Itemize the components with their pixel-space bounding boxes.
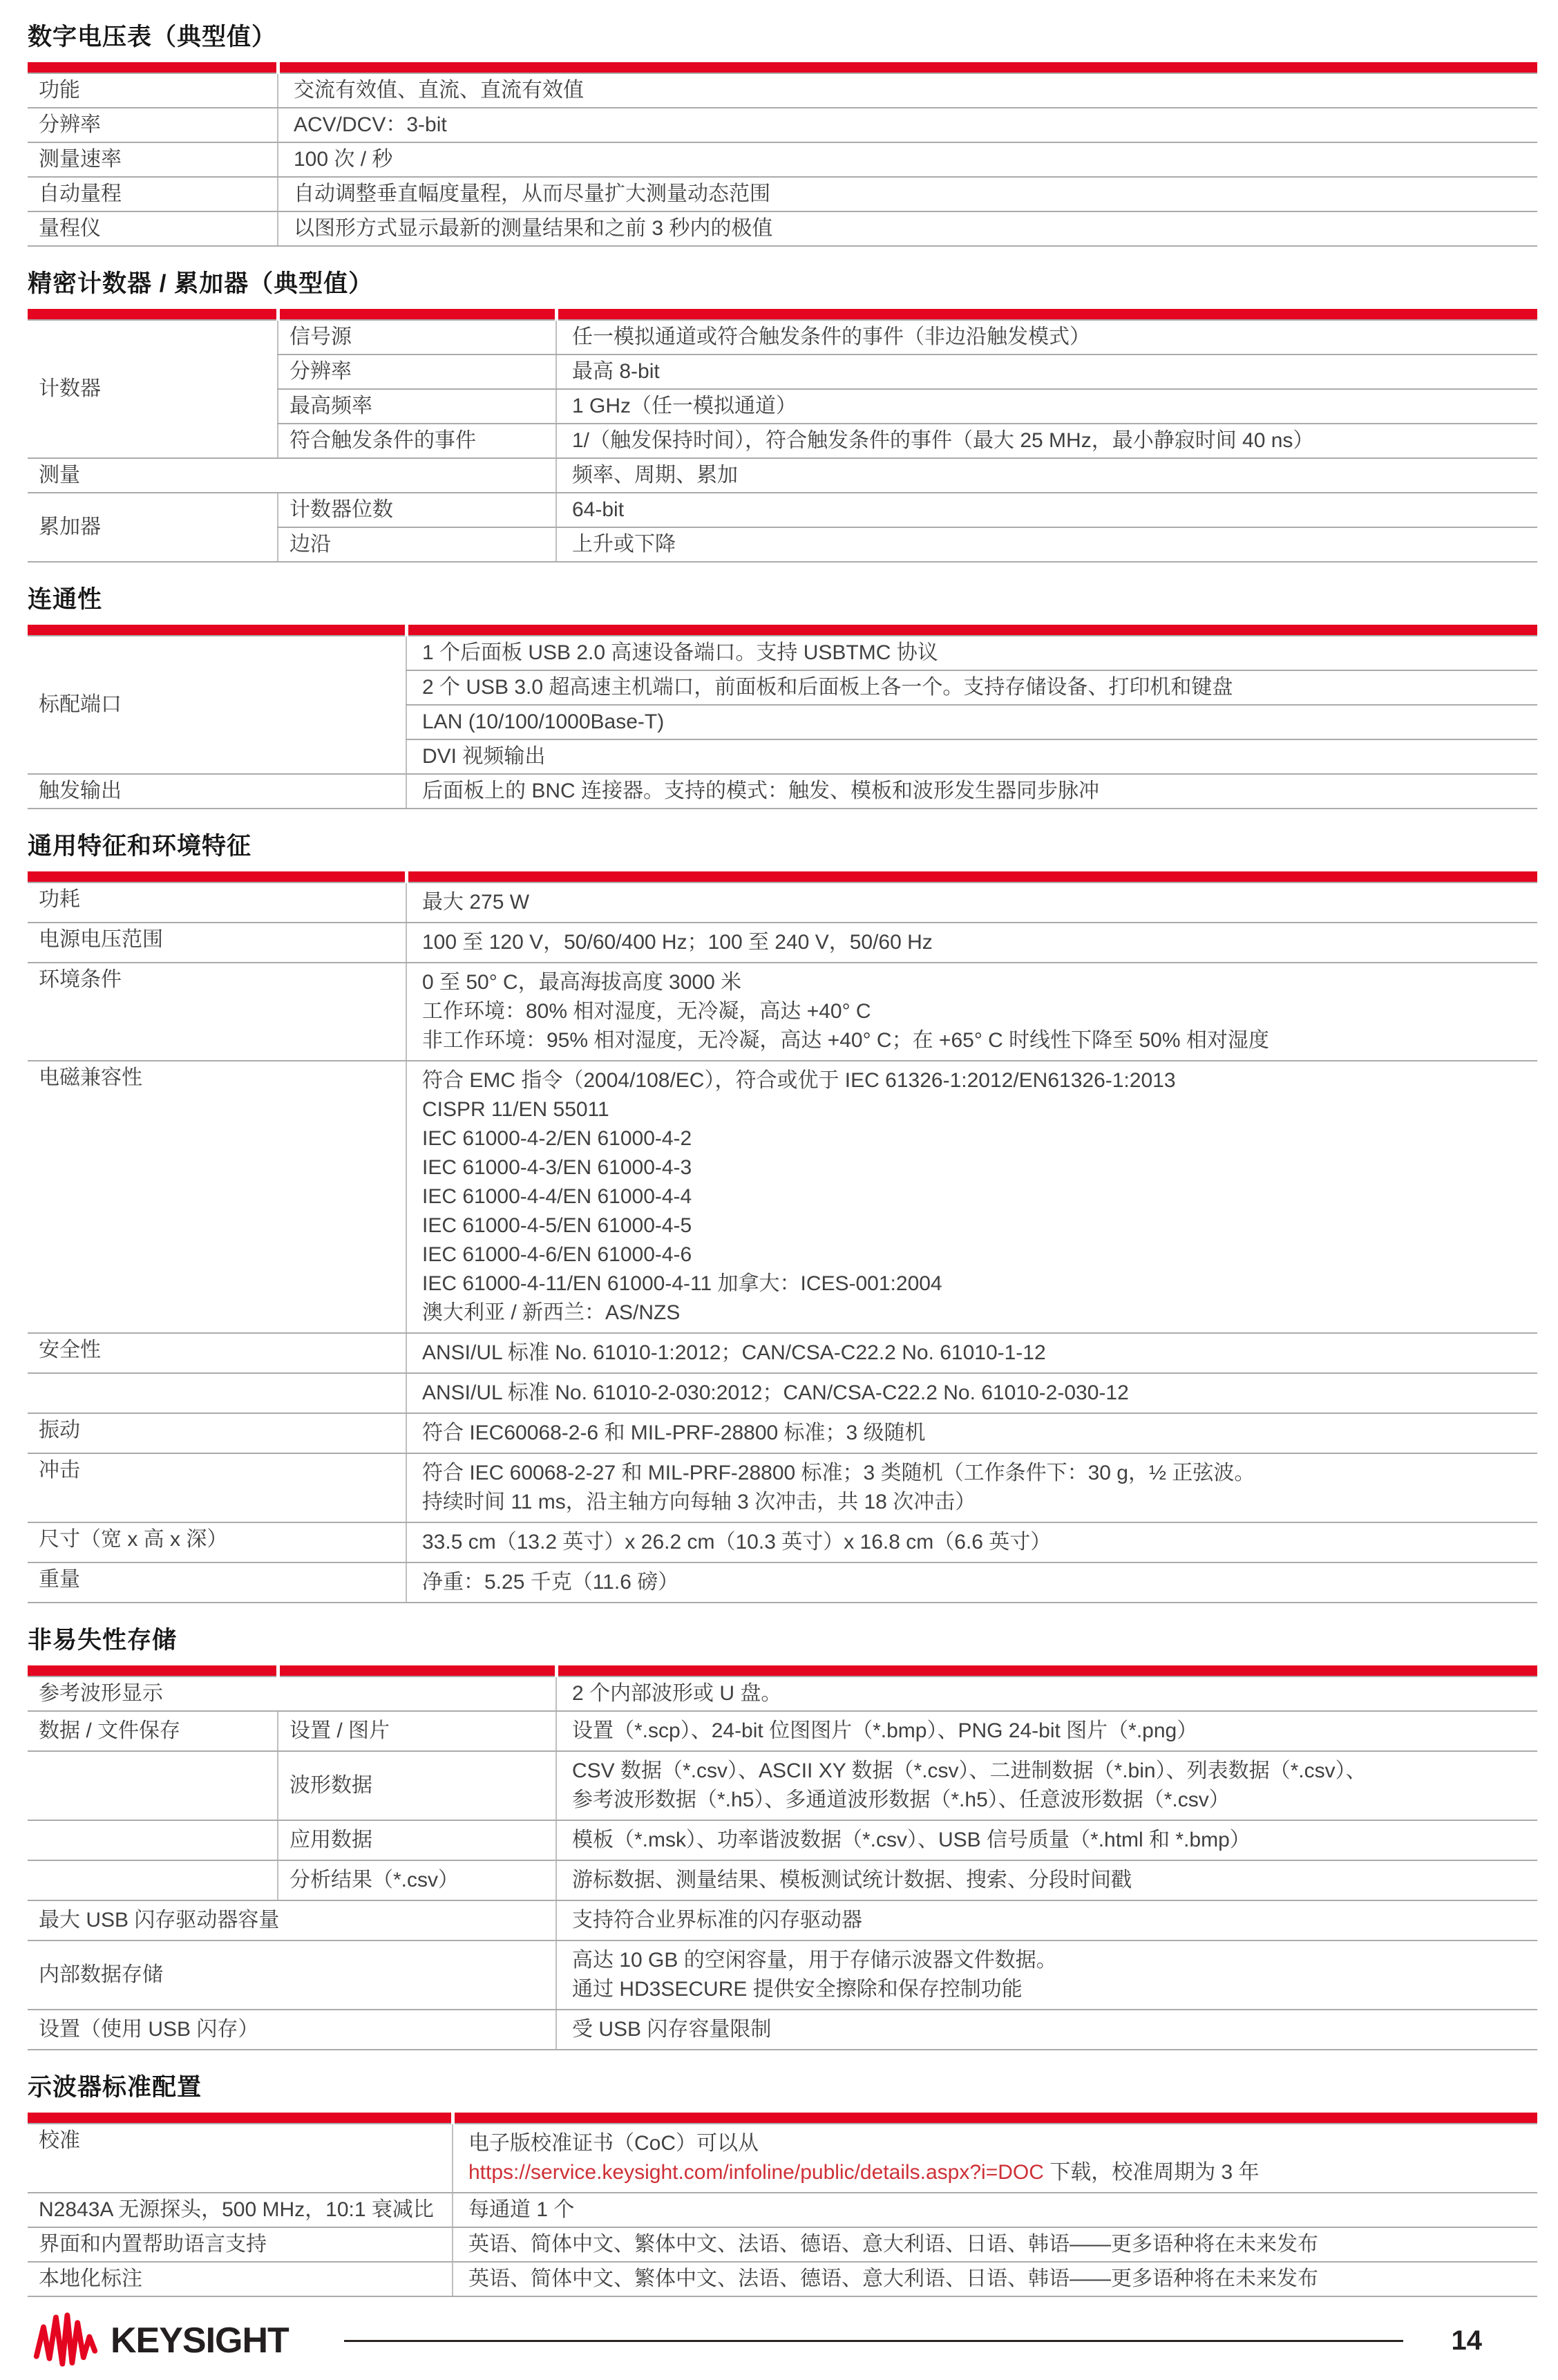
spec-line: 工作环境：80% 相对湿度，无冷凝，高达 +40° C xyxy=(422,999,1526,1025)
row-group-label: 数据 / 文件保存 xyxy=(28,1711,278,1751)
spec-line: IEC 61000-4-5/EN 61000-4-5 xyxy=(422,1213,1526,1239)
row-value: 2 个 USB 3.0 超高速主机端口，前面板和后面板上各一个。支持存储设备、打… xyxy=(406,670,1537,705)
spec-line: 模板（*.msk）、功率谐波数据（*.csv）、USB 信号质量（*.html … xyxy=(572,1827,1526,1853)
row-label: 分析结果（*.csv） xyxy=(278,1860,556,1900)
row-value: 100 次 / 秒 xyxy=(278,142,1537,177)
row-label-empty xyxy=(28,1860,278,1900)
storage-table: 参考波形显示 2 个内部波形或 U 盘。 数据 / 文件保存 设置 / 图片 设… xyxy=(28,1665,1537,2050)
row-label: 测量速率 xyxy=(28,142,278,177)
row-label: 尺寸（宽 x 高 x 深） xyxy=(28,1522,406,1562)
spec-line: IEC 61000-4-11/EN 61000-4-11 加拿大：ICES-00… xyxy=(422,1271,1526,1297)
table-header-bar xyxy=(556,1665,1537,1677)
row-value: 1 个后面板 USB 2.0 高速设备端口。支持 USBTMC 协议 xyxy=(406,636,1537,670)
row-value: 每通道 1 个 xyxy=(453,2193,1537,2227)
row-value: ANSI/UL 标准 No. 61010-2-030:2012；CAN/CSA-… xyxy=(406,1373,1537,1413)
row-value: 设置（*.scp）、24-bit 位图图片（*.bmp）、PNG 24-bit … xyxy=(556,1711,1537,1751)
row-label: N2843A 无源探头，500 MHz，10:1 衰减比 xyxy=(28,2193,453,2227)
spec-line: 持续时间 11 ms，沿主轴方向每轴 3 次冲击，共 18 次冲击） xyxy=(422,1489,1526,1515)
spec-line: 游标数据、测量结果、模板测试统计数据、搜索、分段时间戳 xyxy=(572,1867,1526,1893)
row-label: 设置 / 图片 xyxy=(278,1711,556,1751)
spec-line: 符合 IEC60068-2-6 和 MIL-PRF-28800 标准；3 级随机 xyxy=(422,1420,1526,1446)
row-value: 游标数据、测量结果、模板测试统计数据、搜索、分段时间戳 xyxy=(556,1860,1537,1900)
section-title-general: 通用特征和环境特征 xyxy=(28,827,1537,862)
section-title-stdconfig: 示波器标准配置 xyxy=(28,2068,1537,2103)
row-value: 64-bit xyxy=(556,493,1537,527)
row-label: 分辨率 xyxy=(28,108,278,142)
page-footer: KEYSIGHT 14 xyxy=(28,2311,1537,2380)
row-value: 符合 EMC 指令（2004/108/EC），符合或优于 IEC 61326-1… xyxy=(406,1061,1537,1333)
row-label: 校准 xyxy=(28,2124,453,2193)
row-label: 设置（使用 USB 闪存） xyxy=(28,2010,556,2050)
row-value: CSV 数据（*.csv）、ASCII XY 数据（*.csv）、二进制数据（*… xyxy=(556,1751,1537,1820)
row-label: 冲击 xyxy=(28,1453,406,1522)
spec-line: IEC 61000-4-6/EN 61000-4-6 xyxy=(422,1242,1526,1268)
table-header-bar xyxy=(406,871,1537,882)
row-value: 英语、简体中文、繁体中文、法语、德语、意大利语、日语、韩语——更多语种将在未来发… xyxy=(453,2227,1537,2262)
table-header-bar xyxy=(28,309,278,320)
spec-line: 符合 EMC 指令（2004/108/EC），符合或优于 IEC 61326-1… xyxy=(422,1068,1526,1094)
row-label: 触发输出 xyxy=(28,774,406,809)
keysight-spark-icon xyxy=(28,2311,104,2370)
row-label: 最高频率 xyxy=(278,389,556,424)
spec-line: 参考波形数据（*.h5）、多通道波形数据（*.h5）、任意波形数据（*.csv） xyxy=(572,1787,1526,1813)
spec-line: 澳大利亚 / 新西兰：AS/NZS xyxy=(422,1300,1526,1326)
row-label: 电磁兼容性 xyxy=(28,1061,406,1333)
row-label: 测量 xyxy=(28,458,556,493)
row-group-label: 计数器 xyxy=(28,320,278,458)
spec-line: CISPR 11/EN 55011 xyxy=(422,1097,1526,1123)
page-number: 14 xyxy=(1452,2325,1483,2357)
row-value: 自动调整垂直幅度量程，从而尽量扩大测量动态范围 xyxy=(278,177,1537,211)
table-header-bar xyxy=(28,1665,278,1677)
row-value: 模板（*.msk）、功率谐波数据（*.csv）、USB 信号质量（*.html … xyxy=(556,1820,1537,1860)
spec-line: CSV 数据（*.csv）、ASCII XY 数据（*.csv）、二进制数据（*… xyxy=(572,1758,1526,1784)
row-label: 功能 xyxy=(28,73,278,108)
row-value: 净重：5.25 千克（11.6 磅） xyxy=(406,1562,1537,1603)
row-label: 功耗 xyxy=(28,882,406,923)
row-value: 交流有效值、直流、直流有效值 xyxy=(278,73,1537,108)
spec-line: 支持符合业界标准的闪存驱动器 xyxy=(572,1907,1526,1934)
spec-line: 符合 IEC 60068-2-27 和 MIL-PRF-28800 标准；3 类… xyxy=(422,1460,1526,1486)
row-value: LAN (10/100/1000Base-T) xyxy=(406,705,1537,739)
section-title-storage: 非易失性存储 xyxy=(28,1621,1537,1656)
dvm-table: 功能交流有效值、直流、直流有效值 分辨率ACV/DCV：3-bit 测量速率10… xyxy=(28,62,1537,247)
section-title-counter: 精密计数器 / 累加器（典型值） xyxy=(28,265,1537,299)
row-value: 英语、简体中文、繁体中文、法语、德语、意大利语、日语、韩语——更多语种将在未来发… xyxy=(453,2262,1537,2296)
row-label: 内部数据存储 xyxy=(28,1940,556,2010)
row-value: DVI 视频输出 xyxy=(406,739,1537,774)
row-label: 界面和内置帮助语言支持 xyxy=(28,2227,453,2262)
row-label: 波形数据 xyxy=(278,1751,556,1820)
table-header-bar xyxy=(28,625,406,636)
row-label-empty xyxy=(28,1751,278,1820)
table-header-bar xyxy=(556,309,1537,320)
row-value: 电子版校准证书（CoC）可以从 https://service.keysight… xyxy=(453,2124,1537,2193)
row-value: 最高 8-bit xyxy=(556,355,1537,389)
table-header-bar xyxy=(278,1665,556,1677)
row-label: 边沿 xyxy=(278,527,556,562)
spec-line: ANSI/UL 标准 No. 61010-1:2012；CAN/CSA-C22.… xyxy=(422,1340,1526,1366)
row-value: 1/（触发保持时间），符合触发条件的事件（最大 25 MHz，最小静寂时间 40… xyxy=(556,424,1537,458)
row-group-label: 累加器 xyxy=(28,493,278,562)
spec-line: IEC 61000-4-3/EN 61000-4-3 xyxy=(422,1155,1526,1181)
row-label: 重量 xyxy=(28,1562,406,1603)
spec-line: 电子版校准证书（CoC）可以从 xyxy=(468,2131,1526,2157)
table-header-bar xyxy=(28,871,406,882)
row-value: 后面板上的 BNC 连接器。支持的模式：触发、模板和波形发生器同步脉冲 xyxy=(406,774,1537,809)
row-value: 33.5 cm（13.2 英寸）x 26.2 cm（10.3 英寸）x 16.8… xyxy=(406,1522,1537,1562)
spec-line: 0 至 50° C，最高海拔高度 3000 米 xyxy=(422,970,1526,996)
spec-line: 净重：5.25 千克（11.6 磅） xyxy=(422,1569,1526,1596)
row-label: 符合触发条件的事件 xyxy=(278,424,556,458)
row-label: 振动 xyxy=(28,1413,406,1453)
row-label: 环境条件 xyxy=(28,963,406,1061)
counter-table: 计数器 信号源 任一模拟通道或符合触发条件的事件（非边沿触发模式） 分辨率最高 … xyxy=(28,309,1537,563)
general-table: 功耗最大 275 W 电源电压范围100 至 120 V，50/60/400 H… xyxy=(28,871,1537,1603)
keysight-logo: KEYSIGHT xyxy=(28,2311,289,2370)
row-label: 最大 USB 闪存驱动器容量 xyxy=(28,1900,556,1940)
spec-line: 受 USB 闪存容量限制 xyxy=(572,2017,1526,2043)
row-label: 应用数据 xyxy=(278,1820,556,1860)
row-value: 高达 10 GB 的空闲容量，用于存储示波器文件数据。通过 HD3SECURE … xyxy=(556,1940,1537,2010)
spec-line: 通过 HD3SECURE 提供安全擦除和保存控制功能 xyxy=(572,1976,1526,2003)
row-value: ANSI/UL 标准 No. 61010-1:2012；CAN/CSA-C22.… xyxy=(406,1333,1537,1373)
spec-line: 100 至 120 V，50/60/400 Hz；100 至 240 V，50/… xyxy=(422,929,1526,956)
table-header-bar xyxy=(278,309,556,320)
spec-line: 设置（*.scp）、24-bit 位图图片（*.bmp）、PNG 24-bit … xyxy=(572,1718,1526,1744)
brand-name: KEYSIGHT xyxy=(111,2320,289,2361)
row-label: 量程仪 xyxy=(28,211,278,246)
row-value: 最大 275 W xyxy=(406,882,1537,923)
row-value: 符合 IEC60068-2-6 和 MIL-PRF-28800 标准；3 级随机 xyxy=(406,1413,1537,1453)
spec-line: IEC 61000-4-2/EN 61000-4-2 xyxy=(422,1126,1526,1152)
calibration-url-tail: 下载，校准周期为 3 年 xyxy=(1044,2161,1260,2184)
row-label-empty xyxy=(28,1373,406,1413)
table-header-bar xyxy=(28,62,278,73)
row-label: 本地化标注 xyxy=(28,2262,453,2296)
row-value: ACV/DCV：3-bit xyxy=(278,108,1537,142)
section-title-connectivity: 连通性 xyxy=(28,580,1537,615)
footer-divider xyxy=(344,2340,1403,2342)
datasheet-page: 数字电压表（典型值） 功能交流有效值、直流、直流有效值 分辨率ACV/DCV：3… xyxy=(0,0,1558,2380)
row-value: 以图形方式显示最新的测量结果和之前 3 秒内的极值 xyxy=(278,211,1537,246)
row-label: 参考波形显示 xyxy=(28,1677,556,1711)
row-label: 分辨率 xyxy=(278,355,556,389)
table-header-bar xyxy=(453,2113,1537,2124)
connectivity-table: 标配端口 1 个后面板 USB 2.0 高速设备端口。支持 USBTMC 协议 … xyxy=(28,625,1537,809)
row-label: 计数器位数 xyxy=(278,493,556,527)
row-label-empty xyxy=(28,1820,278,1860)
table-header-bar xyxy=(406,625,1537,636)
row-value: 符合 IEC 60068-2-27 和 MIL-PRF-28800 标准；3 类… xyxy=(406,1453,1537,1522)
row-value: 0 至 50° C，最高海拔高度 3000 米工作环境：80% 相对湿度，无冷凝… xyxy=(406,963,1537,1061)
row-label: 信号源 xyxy=(278,320,556,355)
row-group-label: 标配端口 xyxy=(28,636,406,774)
row-label: 电源电压范围 xyxy=(28,923,406,963)
row-value: 支持符合业界标准的闪存驱动器 xyxy=(556,1900,1537,1940)
row-value: 2 个内部波形或 U 盘。 xyxy=(556,1677,1537,1711)
spec-line: https://service.keysight.com/infoline/pu… xyxy=(468,2160,1526,2186)
row-value: 100 至 120 V，50/60/400 Hz；100 至 240 V，50/… xyxy=(406,923,1537,963)
calibration-url-link[interactable]: https://service.keysight.com/infoline/pu… xyxy=(468,2161,1044,2184)
spec-line: 非工作环境：95% 相对湿度，无冷凝，高达 +40° C；在 +65° C 时线… xyxy=(422,1028,1526,1054)
row-label: 安全性 xyxy=(28,1333,406,1373)
table-header-bar xyxy=(28,2113,453,2124)
row-value: 频率、周期、累加 xyxy=(556,458,1537,493)
row-value: 上升或下降 xyxy=(556,527,1537,562)
stdconfig-table: 校准 电子版校准证书（CoC）可以从 https://service.keysi… xyxy=(28,2113,1537,2297)
row-value: 1 GHz（任一模拟通道） xyxy=(556,389,1537,424)
spec-line: 33.5 cm（13.2 英寸）x 26.2 cm（10.3 英寸）x 16.8… xyxy=(422,1529,1526,1556)
row-value: 受 USB 闪存容量限制 xyxy=(556,2010,1537,2050)
spec-line: IEC 61000-4-4/EN 61000-4-4 xyxy=(422,1184,1526,1210)
spec-line: ANSI/UL 标准 No. 61010-2-030:2012；CAN/CSA-… xyxy=(422,1380,1526,1406)
section-title-dvm: 数字电压表（典型值） xyxy=(28,18,1537,53)
row-label: 自动量程 xyxy=(28,177,278,211)
spec-line: 高达 10 GB 的空闲容量，用于存储示波器文件数据。 xyxy=(572,1947,1526,1974)
row-value: 任一模拟通道或符合触发条件的事件（非边沿触发模式） xyxy=(556,320,1537,355)
table-header-bar xyxy=(278,62,1537,73)
spec-line: 最大 275 W xyxy=(422,889,1526,916)
